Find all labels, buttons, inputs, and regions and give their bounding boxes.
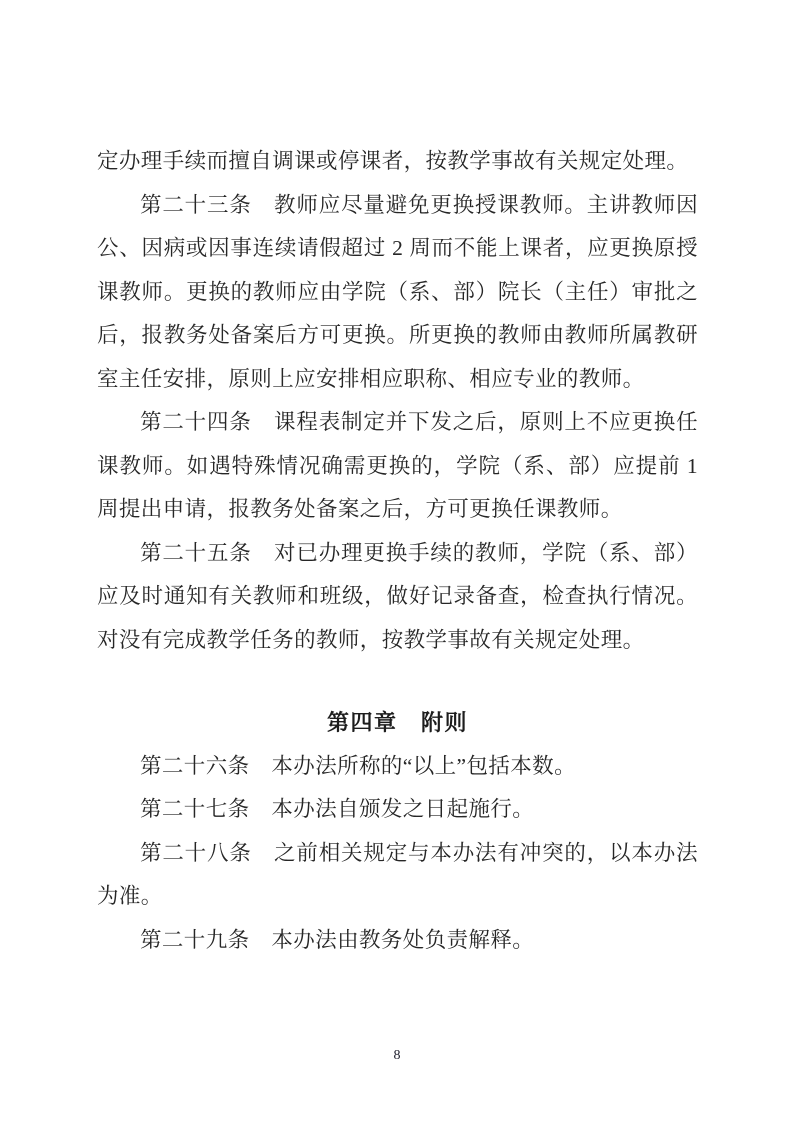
body-paragraph: 第二十三条 教师应尽量避免更换授课教师。主讲教师因公、因病或因事连续请假超过 2…	[97, 184, 698, 402]
body-paragraph: 第二十七条 本办法自颁发之日起施行。	[97, 788, 698, 832]
page-number: 8	[0, 1046, 794, 1066]
document-body: 定办理手续而擅自调课或停课者，按教学事故有关规定处理。第二十三条 教师应尽量避免…	[97, 140, 698, 962]
chapter-heading: 第四章 附则	[97, 701, 698, 745]
body-paragraph: 第二十四条 课程表制定并下发之后，原则上不应更换任课教师。如遇特殊情况确需更换的…	[97, 401, 698, 532]
body-paragraph: 第二十八条 之前相关规定与本办法有冲突的，以本办法为准。	[97, 832, 698, 919]
document-page: 定办理手续而擅自调课或停课者，按教学事故有关规定处理。第二十三条 教师应尽量避免…	[0, 0, 794, 1123]
body-paragraph: 第二十六条 本办法所称的“以上”包括本数。	[97, 745, 698, 789]
body-paragraph: 第二十五条 对已办理更换手续的教师，学院（系、部）应及时通知有关教师和班级，做好…	[97, 532, 698, 663]
body-paragraph: 定办理手续而擅自调课或停课者，按教学事故有关规定处理。	[97, 140, 698, 184]
body-paragraph: 第二十九条 本办法由教务处负责解释。	[97, 919, 698, 963]
